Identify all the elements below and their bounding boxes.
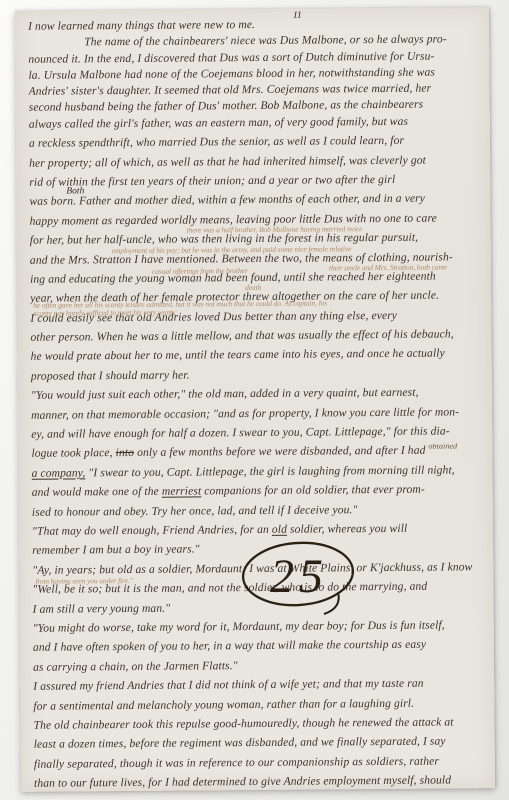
interlinear-casual-offerings: casual offerings from the brother bbox=[152, 266, 248, 276]
annotations-layer: 11Boththere was a half brother, Bob Malb… bbox=[15, 7, 495, 792]
manuscript-paper: I now learned many things that were new … bbox=[15, 7, 495, 792]
interlinear-scanty-pay: scanty pay barely sufficed to meet his v… bbox=[33, 308, 176, 318]
interlinear-under-fire: from having seen you under fire." bbox=[35, 576, 132, 586]
interlinear-uncle-stratton: their uncle and Mrs. Stratton, both came bbox=[329, 262, 447, 272]
interlinear-death: death bbox=[245, 283, 261, 292]
manuscript-photo: I now learned many things that were new … bbox=[0, 0, 509, 800]
insertion-both: Both bbox=[66, 186, 84, 196]
interlinear-employment: employment of his pay; but he was in the… bbox=[112, 244, 352, 255]
interlinear-half-brother: there was a half brother, Bob Malbone ha… bbox=[187, 224, 363, 234]
insertion-mark-11: 11 bbox=[293, 11, 302, 21]
